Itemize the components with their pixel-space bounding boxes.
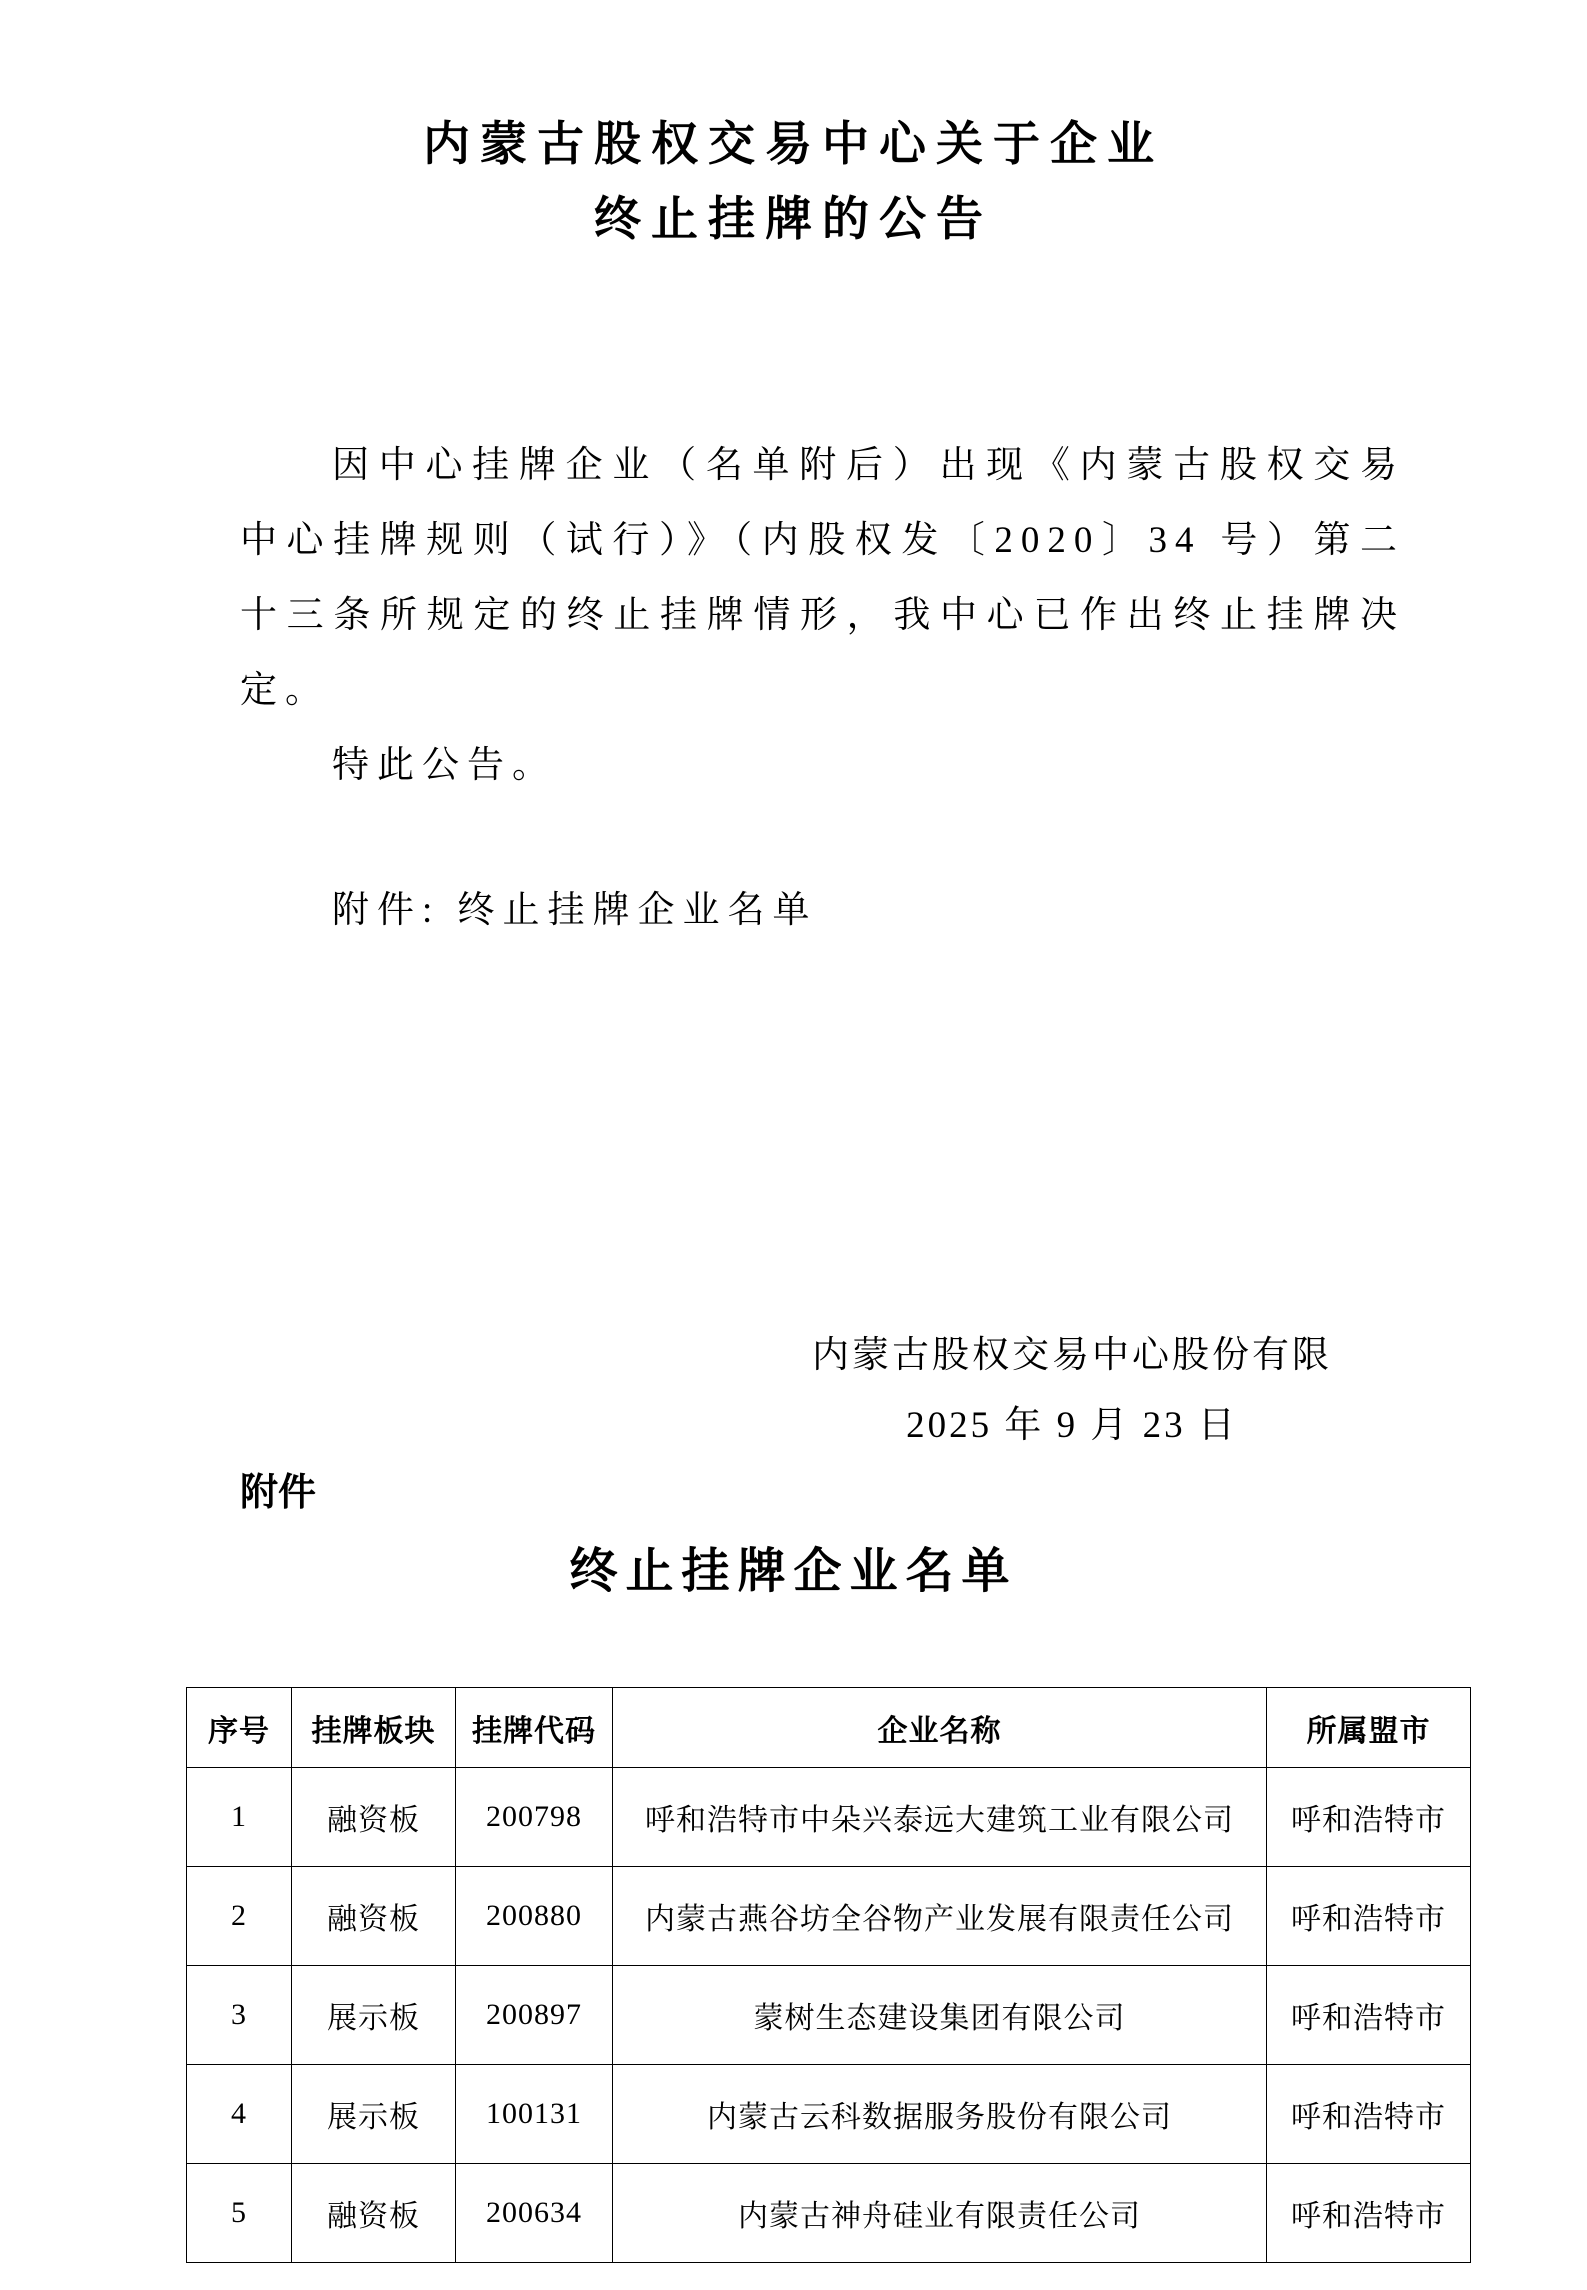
document-page: 内蒙古股权交易中心关于企业 终止挂牌的公告 因中心挂牌企业（名单附后）出现《内蒙…: [0, 0, 1587, 2290]
attachment-label: 附件: [240, 1469, 1587, 1517]
cell-seq: 1: [187, 1768, 292, 1867]
cell-code: 200897: [456, 1966, 613, 2065]
attachment-note: 附件: 终止挂牌企业名单: [240, 873, 1442, 948]
cell-city: 呼和浩特市: [1267, 1867, 1471, 1966]
table-row: 2 融资板 200880 内蒙古燕谷坊全谷物产业发展有限责任公司 呼和浩特市: [187, 1867, 1471, 1966]
signer-name: 内蒙古股权交易中心股份有限: [812, 1321, 1332, 1391]
table-row: 3 展示板 200897 蒙树生态建设集团有限公司 呼和浩特市: [187, 1966, 1471, 2065]
cell-company-name: 内蒙古云科数据服务股份有限公司: [613, 2065, 1267, 2164]
table-row: 4 展示板 100131 内蒙古云科数据服务股份有限公司 呼和浩特市: [187, 2065, 1471, 2164]
cell-seq: 2: [187, 1867, 292, 1966]
cell-board: 展示板: [292, 1966, 456, 2065]
table-title: 终止挂牌企业名单: [0, 1541, 1587, 1603]
cell-city: 呼和浩特市: [1267, 1966, 1471, 2065]
body-paragraph: 因中心挂牌企业（名单附后）出现《内蒙古股权交易中心挂牌规则（试行）》（内股权发〔…: [240, 428, 1405, 728]
cell-code: 200798: [456, 1768, 613, 1867]
cell-seq: 5: [187, 2164, 292, 2263]
cell-company-name: 内蒙古神舟硅业有限责任公司: [613, 2164, 1267, 2263]
cell-company-name: 内蒙古燕谷坊全谷物产业发展有限责任公司: [613, 1867, 1267, 1966]
cell-company-name: 呼和浩特市中朵兴泰远大建筑工业有限公司: [613, 1768, 1267, 1867]
document-title-line2: 终止挂牌的公告: [0, 183, 1587, 258]
cell-company-name: 蒙树生态建设集团有限公司: [613, 1966, 1267, 2065]
table-header-row: 序号 挂牌板块 挂牌代码 企业名称 所属盟市: [187, 1688, 1471, 1768]
header-city: 所属盟市: [1267, 1688, 1471, 1768]
signature-date: 2025 年 9 月 23 日: [812, 1391, 1332, 1461]
document-title-line1: 内蒙古股权交易中心关于企业: [0, 108, 1587, 183]
cell-code: 200634: [456, 2164, 613, 2263]
signature-block: 内蒙古股权交易中心股份有限 2025 年 9 月 23 日: [812, 1321, 1332, 1461]
cell-city: 呼和浩特市: [1267, 2164, 1471, 2263]
document-title: 内蒙古股权交易中心关于企业 终止挂牌的公告: [0, 108, 1587, 258]
cell-board: 融资板: [292, 2164, 456, 2263]
cell-code: 100131: [456, 2065, 613, 2164]
table-row: 5 融资板 200634 内蒙古神舟硅业有限责任公司 呼和浩特市: [187, 2164, 1471, 2263]
cell-board: 融资板: [292, 1768, 456, 1867]
header-code: 挂牌代码: [456, 1688, 613, 1768]
cell-board: 融资板: [292, 1867, 456, 1966]
cell-board: 展示板: [292, 2065, 456, 2164]
terminated-listings-table: 序号 挂牌板块 挂牌代码 企业名称 所属盟市 1 融资板 200798 呼和浩特…: [186, 1687, 1471, 2263]
header-company-name: 企业名称: [613, 1688, 1267, 1768]
table-row: 1 融资板 200798 呼和浩特市中朵兴泰远大建筑工业有限公司 呼和浩特市: [187, 1768, 1471, 1867]
cell-seq: 4: [187, 2065, 292, 2164]
header-seq: 序号: [187, 1688, 292, 1768]
cell-city: 呼和浩特市: [1267, 1768, 1471, 1867]
header-board: 挂牌板块: [292, 1688, 456, 1768]
closing-line: 特此公告。: [240, 728, 1442, 803]
cell-code: 200880: [456, 1867, 613, 1966]
cell-city: 呼和浩特市: [1267, 2065, 1471, 2164]
cell-seq: 3: [187, 1966, 292, 2065]
